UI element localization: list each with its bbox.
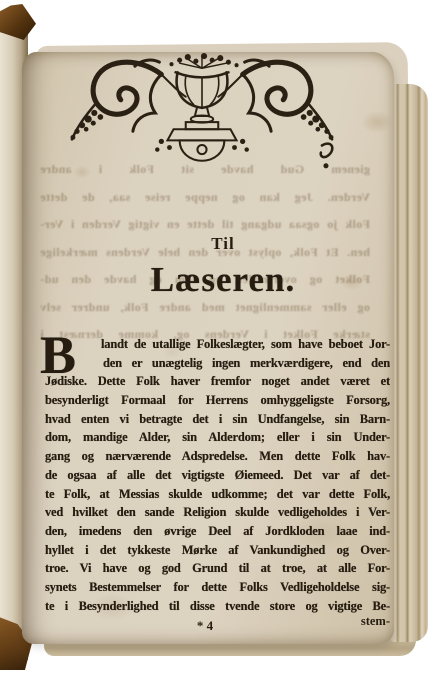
bleedthrough-line: Verden. Jeg kan og neppe reise saa, de d…	[40, 184, 370, 212]
body-line: Jødiske. Dette Folk haver fremfor noget …	[45, 372, 390, 391]
body-line: troe. Vi have og god Grund til at troe, …	[45, 559, 390, 578]
body-line: te Folk, at Messias skulde udkomme; det …	[45, 485, 390, 504]
body-line: ved hvilket den sande Religion skulde ve…	[45, 503, 390, 522]
headpiece-ornament-icon	[58, 52, 346, 178]
body-line: den er unægtelig ingen merkværdigere, en…	[45, 354, 390, 373]
body-line: gang og nærværende Adspredelse. Men dett…	[45, 447, 390, 466]
body-line: de ogsaa af alle det vigtigste Øiemeed. …	[45, 466, 390, 485]
drop-cap-initial: B	[40, 328, 76, 382]
section-heading: Til Læseren.	[52, 234, 394, 300]
page-stack-fore-edge	[390, 84, 428, 642]
body-line: te i Besynderlighed til disse tvende sto…	[45, 597, 390, 616]
body-line: landt de utallige Folkeslægter, som have…	[45, 335, 390, 354]
body-line: synets Bestemmelser for dette Folks Vedl…	[45, 578, 390, 597]
body-line: den, imedens den øvrige Deel af Jordklod…	[45, 522, 390, 541]
book-page: gienem Gud havde sit Folk i andre Verden…	[22, 52, 394, 644]
body-line: hvad enten vi betragte det i sin Undfang…	[45, 410, 390, 429]
heading-small: Til	[52, 234, 394, 254]
body-line: hyllet i det tykkeste Mørke af Vankundig…	[45, 541, 390, 560]
body-text: landt de utallige Folkeslægter, som have…	[45, 335, 390, 615]
book-photo: gienem Gud havde sit Folk i andre Verden…	[0, 0, 433, 700]
body-line: dom, mandige Alder, sin Alderdom; eller …	[45, 428, 390, 447]
body-line: besynderligt Formaal for Herrens omhygge…	[45, 391, 390, 410]
page-title: Læseren.	[52, 260, 394, 300]
catchword: stem-	[45, 614, 390, 629]
